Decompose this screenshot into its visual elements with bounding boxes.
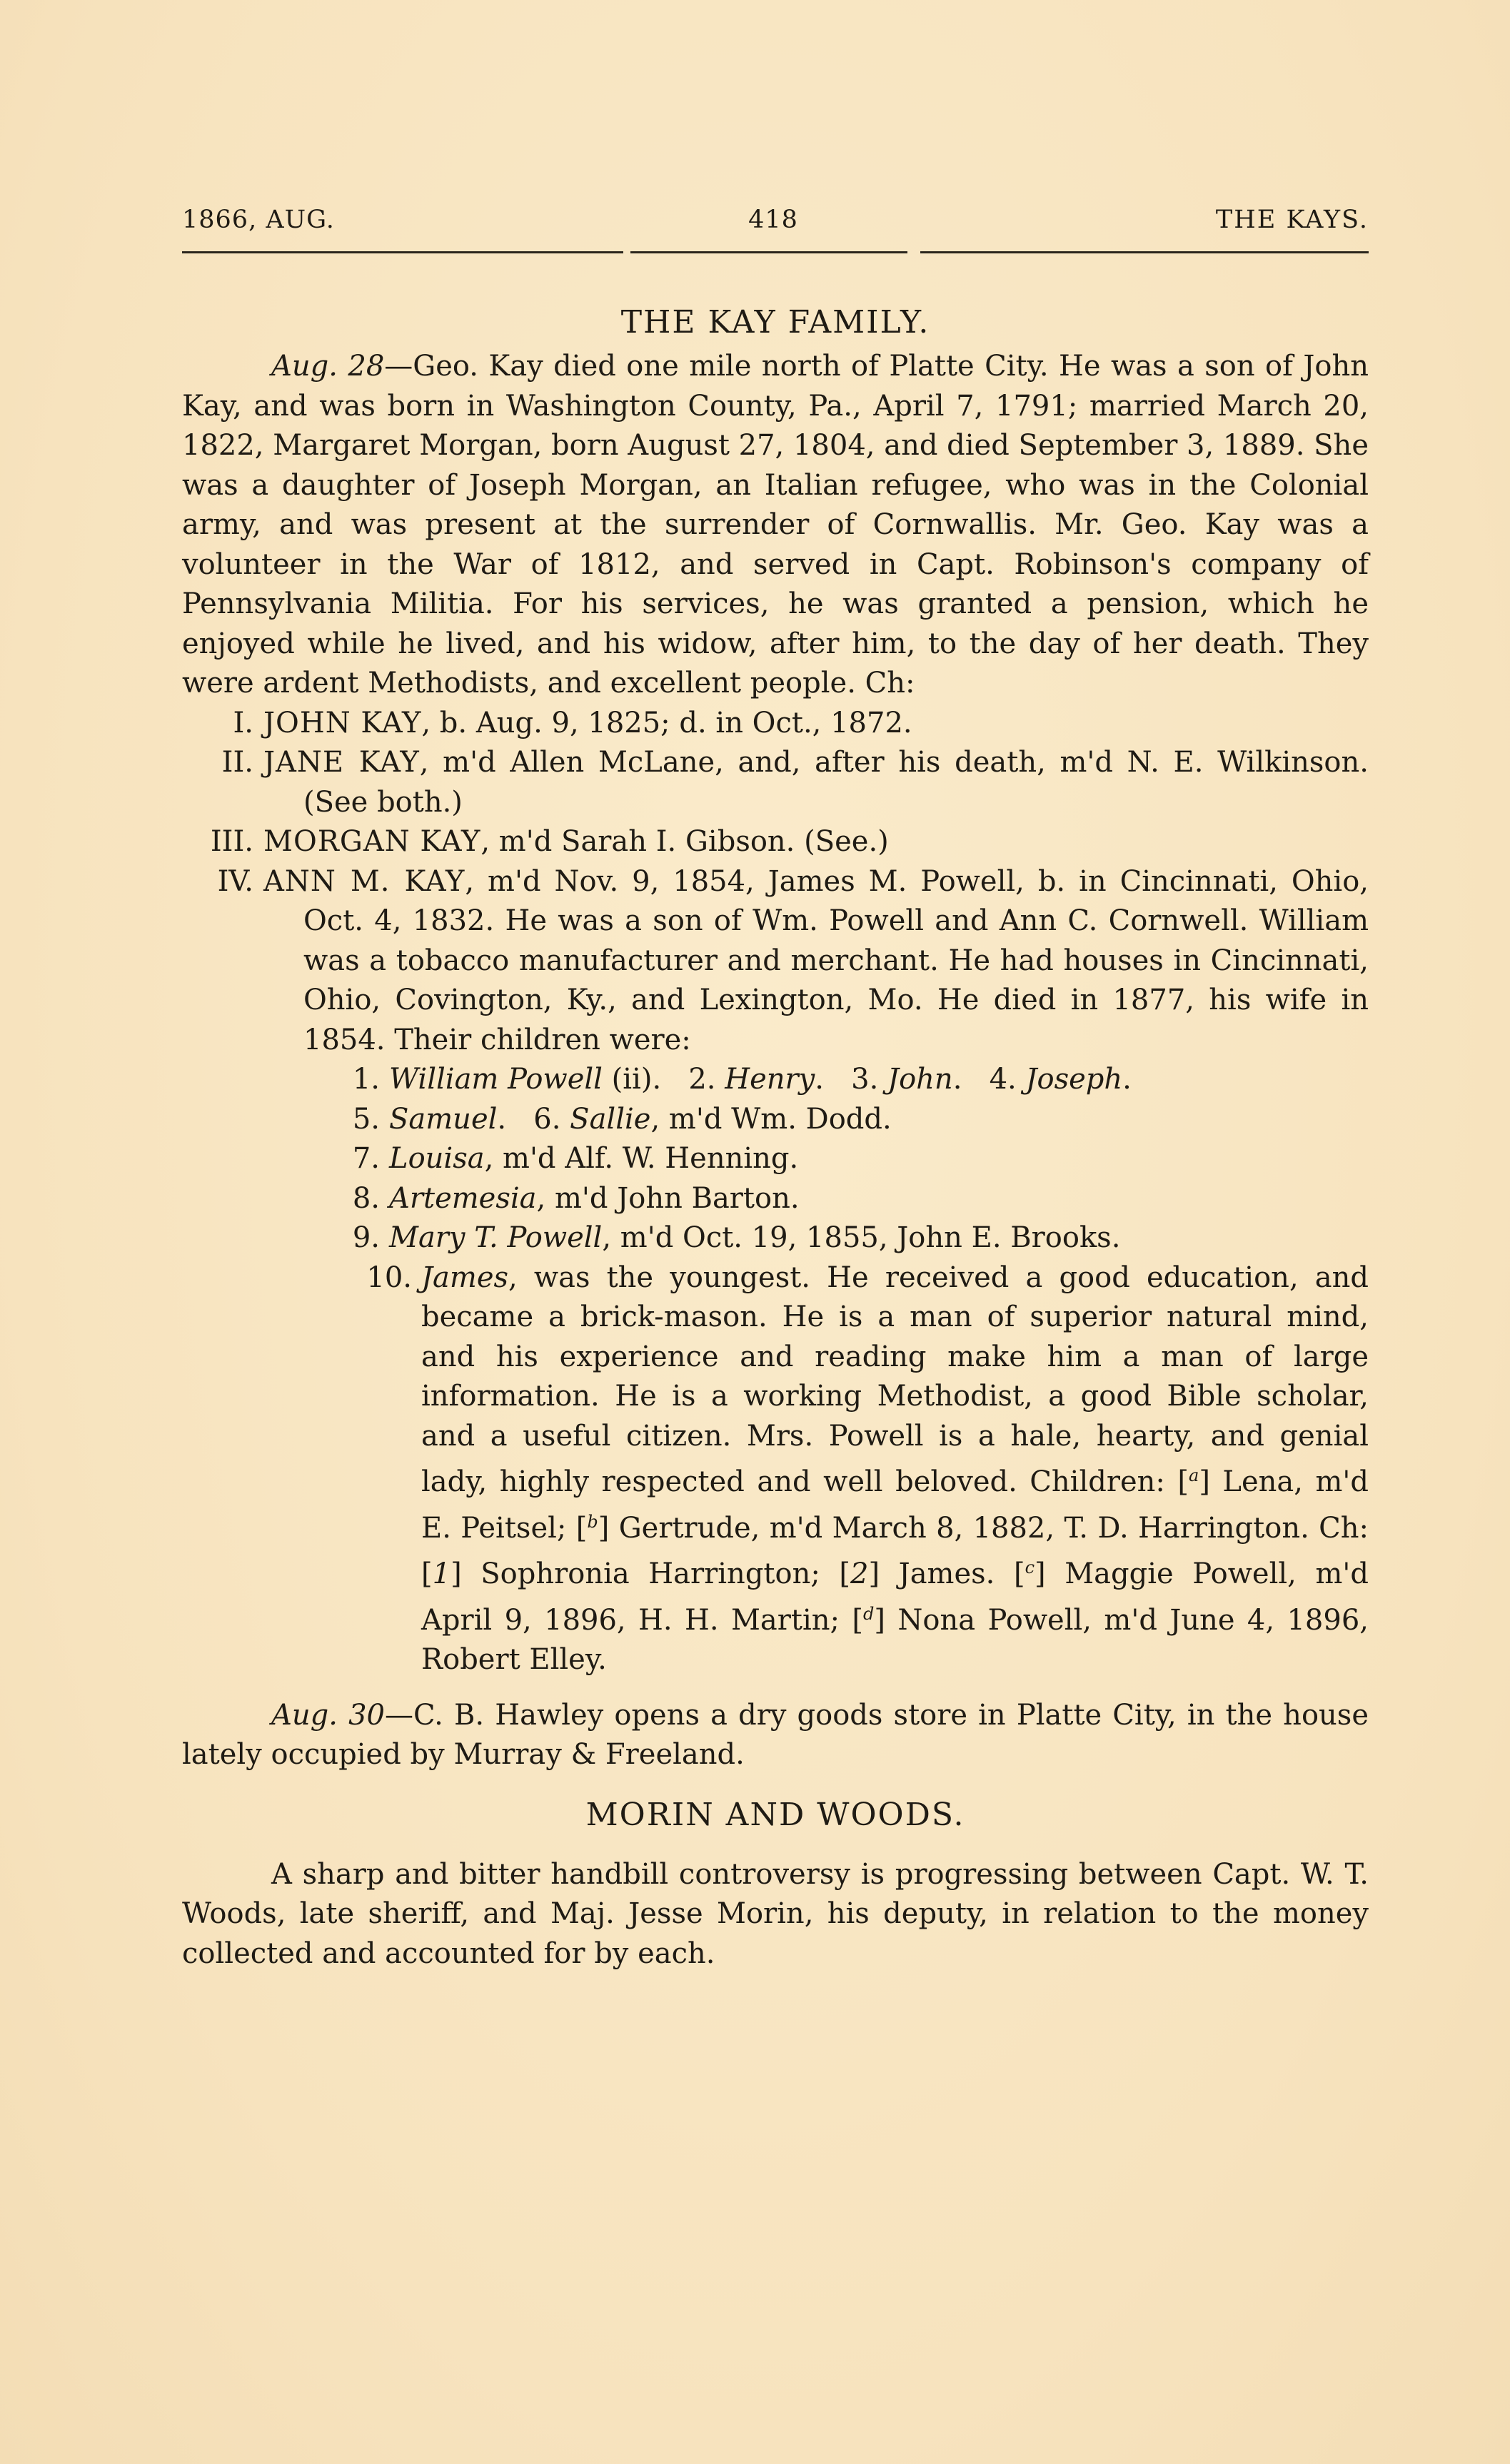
list-item: 5.Samuel. 6. Sallie, m'd Wm. Dodd. [182, 1100, 1369, 1140]
roman-numeral: II. [182, 743, 263, 783]
item-number: 3. [851, 1063, 878, 1096]
footnote-mark: d [863, 1604, 874, 1624]
paragraph-aug-28: Aug. 28—Geo. Kay died one mile north of … [182, 347, 1369, 704]
child-details: , m'd John Barton. [537, 1182, 800, 1215]
child-name: Sallie [570, 1103, 650, 1136]
list-item: 7.Louisa, m'd Alf. W. Henning. [182, 1139, 1369, 1179]
great-grandchild-entry: [2] James. [839, 1557, 1014, 1590]
item-number: 2. [688, 1063, 715, 1096]
running-head-title: THE KAYS. [1216, 206, 1369, 234]
entry-date: Aug. 30 [271, 1699, 385, 1732]
list-item: II.JANE KAY, m'd Allen McLane, and, afte… [182, 743, 1369, 822]
footnote-mark: 1 [433, 1557, 451, 1590]
footnote-mark: a [1189, 1465, 1199, 1485]
child-name: MORGAN KAY [263, 825, 480, 858]
section-title-kay-family: THE KAY FAMILY. [182, 298, 1369, 347]
footnote-mark: b [587, 1512, 598, 1532]
child-details: , m'd Allen McLane, and, after his death… [303, 746, 1369, 819]
grandchild-text: Gertrude, m'd March 8, 1882, T. D. Harri… [609, 1512, 1369, 1545]
spacer [182, 1775, 1369, 1791]
page-body: THE KAY FAMILY. Aug. 28—Geo. Kay died on… [182, 298, 1369, 1974]
header-rule-right [920, 251, 1369, 253]
footnote-mark: 2 [850, 1557, 868, 1590]
section-title-morin-and-woods: MORIN AND WOODS. [182, 1791, 1369, 1839]
powell-children-list: 1.William Powell (ii). 2. Henry. 3. John… [182, 1060, 1369, 1680]
item-number: 1. [343, 1060, 389, 1100]
child-name: William Powell [389, 1063, 603, 1096]
list-item: 9.Mary T. Powell, m'd Oct. 19, 1855, Joh… [182, 1218, 1369, 1258]
grandchild-text: James. [880, 1557, 1014, 1590]
running-head-date: 1866, AUG. [182, 206, 335, 234]
item-number: 5. [343, 1100, 389, 1140]
item-number: 6. [533, 1103, 560, 1136]
child-details: , m'd Sarah I. Gibson. (See.) [480, 825, 888, 858]
roman-numeral: III. [182, 822, 263, 862]
child-details: , m'd Oct. 19, 1855, John E. Brooks. [602, 1221, 1120, 1254]
child-name: Joseph [1025, 1063, 1122, 1096]
list-item: 1.William Powell (ii). 2. Henry. 3. John… [182, 1060, 1369, 1100]
child-name: Artemesia [389, 1182, 537, 1215]
spacer [182, 1839, 1369, 1855]
child-name: Henry [725, 1063, 815, 1096]
kay-children-list: I.JOHN KAY, b. Aug. 9, 1825; d. in Oct.,… [182, 704, 1369, 1061]
child-details: . [497, 1103, 506, 1136]
grandchild-entry: [b] Gertrude, m'd March 8, 1882, T. D. H… [576, 1512, 1369, 1545]
item-number: 8. [343, 1179, 389, 1219]
entry-text: —Geo. Kay died one mile north of Platte … [182, 350, 1369, 700]
list-item: 8.Artemesia, m'd John Barton. [182, 1179, 1369, 1219]
child-details: , b. Aug. 9, 1825; d. in Oct., 1872. [421, 707, 912, 739]
item-number: 7. [343, 1139, 389, 1179]
child-details: , was the youngest. He received a good e… [421, 1261, 1369, 1499]
child-details: (ii). [603, 1063, 661, 1096]
list-item: 10.James, was the youngest. He received … [182, 1258, 1369, 1680]
grandchild-text: Sophronia Harrington; [462, 1557, 840, 1590]
child-name: JANE KAY [263, 746, 420, 779]
list-item: III.MORGAN KAY, m'd Sarah I. Gibson. (Se… [182, 822, 1369, 862]
child-name: Mary T. Powell [389, 1221, 602, 1254]
child-details: . [953, 1063, 962, 1096]
roman-numeral: IV. [182, 862, 263, 902]
header-rule-left [182, 251, 623, 253]
child-name: James [421, 1261, 508, 1294]
paragraph-morin-woods: A sharp and bitter handbill controversy … [182, 1855, 1369, 1974]
child-name: John [887, 1063, 953, 1096]
child-details: . [1122, 1063, 1132, 1096]
roman-numeral: I. [182, 704, 263, 744]
running-head: 1866, AUG. 418 THE KAYS. [182, 206, 1369, 241]
header-rule-middle [630, 251, 907, 253]
list-item: I.JOHN KAY, b. Aug. 9, 1825; d. in Oct.,… [182, 704, 1369, 744]
child-details: . [815, 1063, 824, 1096]
page-number: 418 [748, 206, 798, 234]
item-number: 9. [343, 1218, 389, 1258]
spacer [182, 1680, 1369, 1696]
child-details: , m'd Wm. Dodd. [650, 1103, 891, 1136]
child-details: , m'd Alf. W. Henning. [485, 1142, 799, 1175]
child-name: JOHN KAY [263, 707, 421, 739]
list-item: IV.ANN M. KAY, m'd Nov. 9, 1854, James M… [182, 862, 1369, 1061]
footnote-mark: c [1025, 1557, 1035, 1577]
child-name: Samuel [389, 1103, 497, 1136]
child-name: Louisa [389, 1142, 485, 1175]
item-number: 4. [990, 1063, 1017, 1096]
item-number: 10. [343, 1258, 421, 1298]
entry-date: Aug. 28 [271, 350, 384, 383]
paragraph-aug-30: Aug. 30—C. B. Hawley opens a dry goods s… [182, 1696, 1369, 1775]
header-rule [182, 251, 1369, 254]
great-grandchild-entry: [1] Sophronia Harrington; [421, 1557, 839, 1590]
child-name: ANN M. KAY [263, 865, 465, 898]
